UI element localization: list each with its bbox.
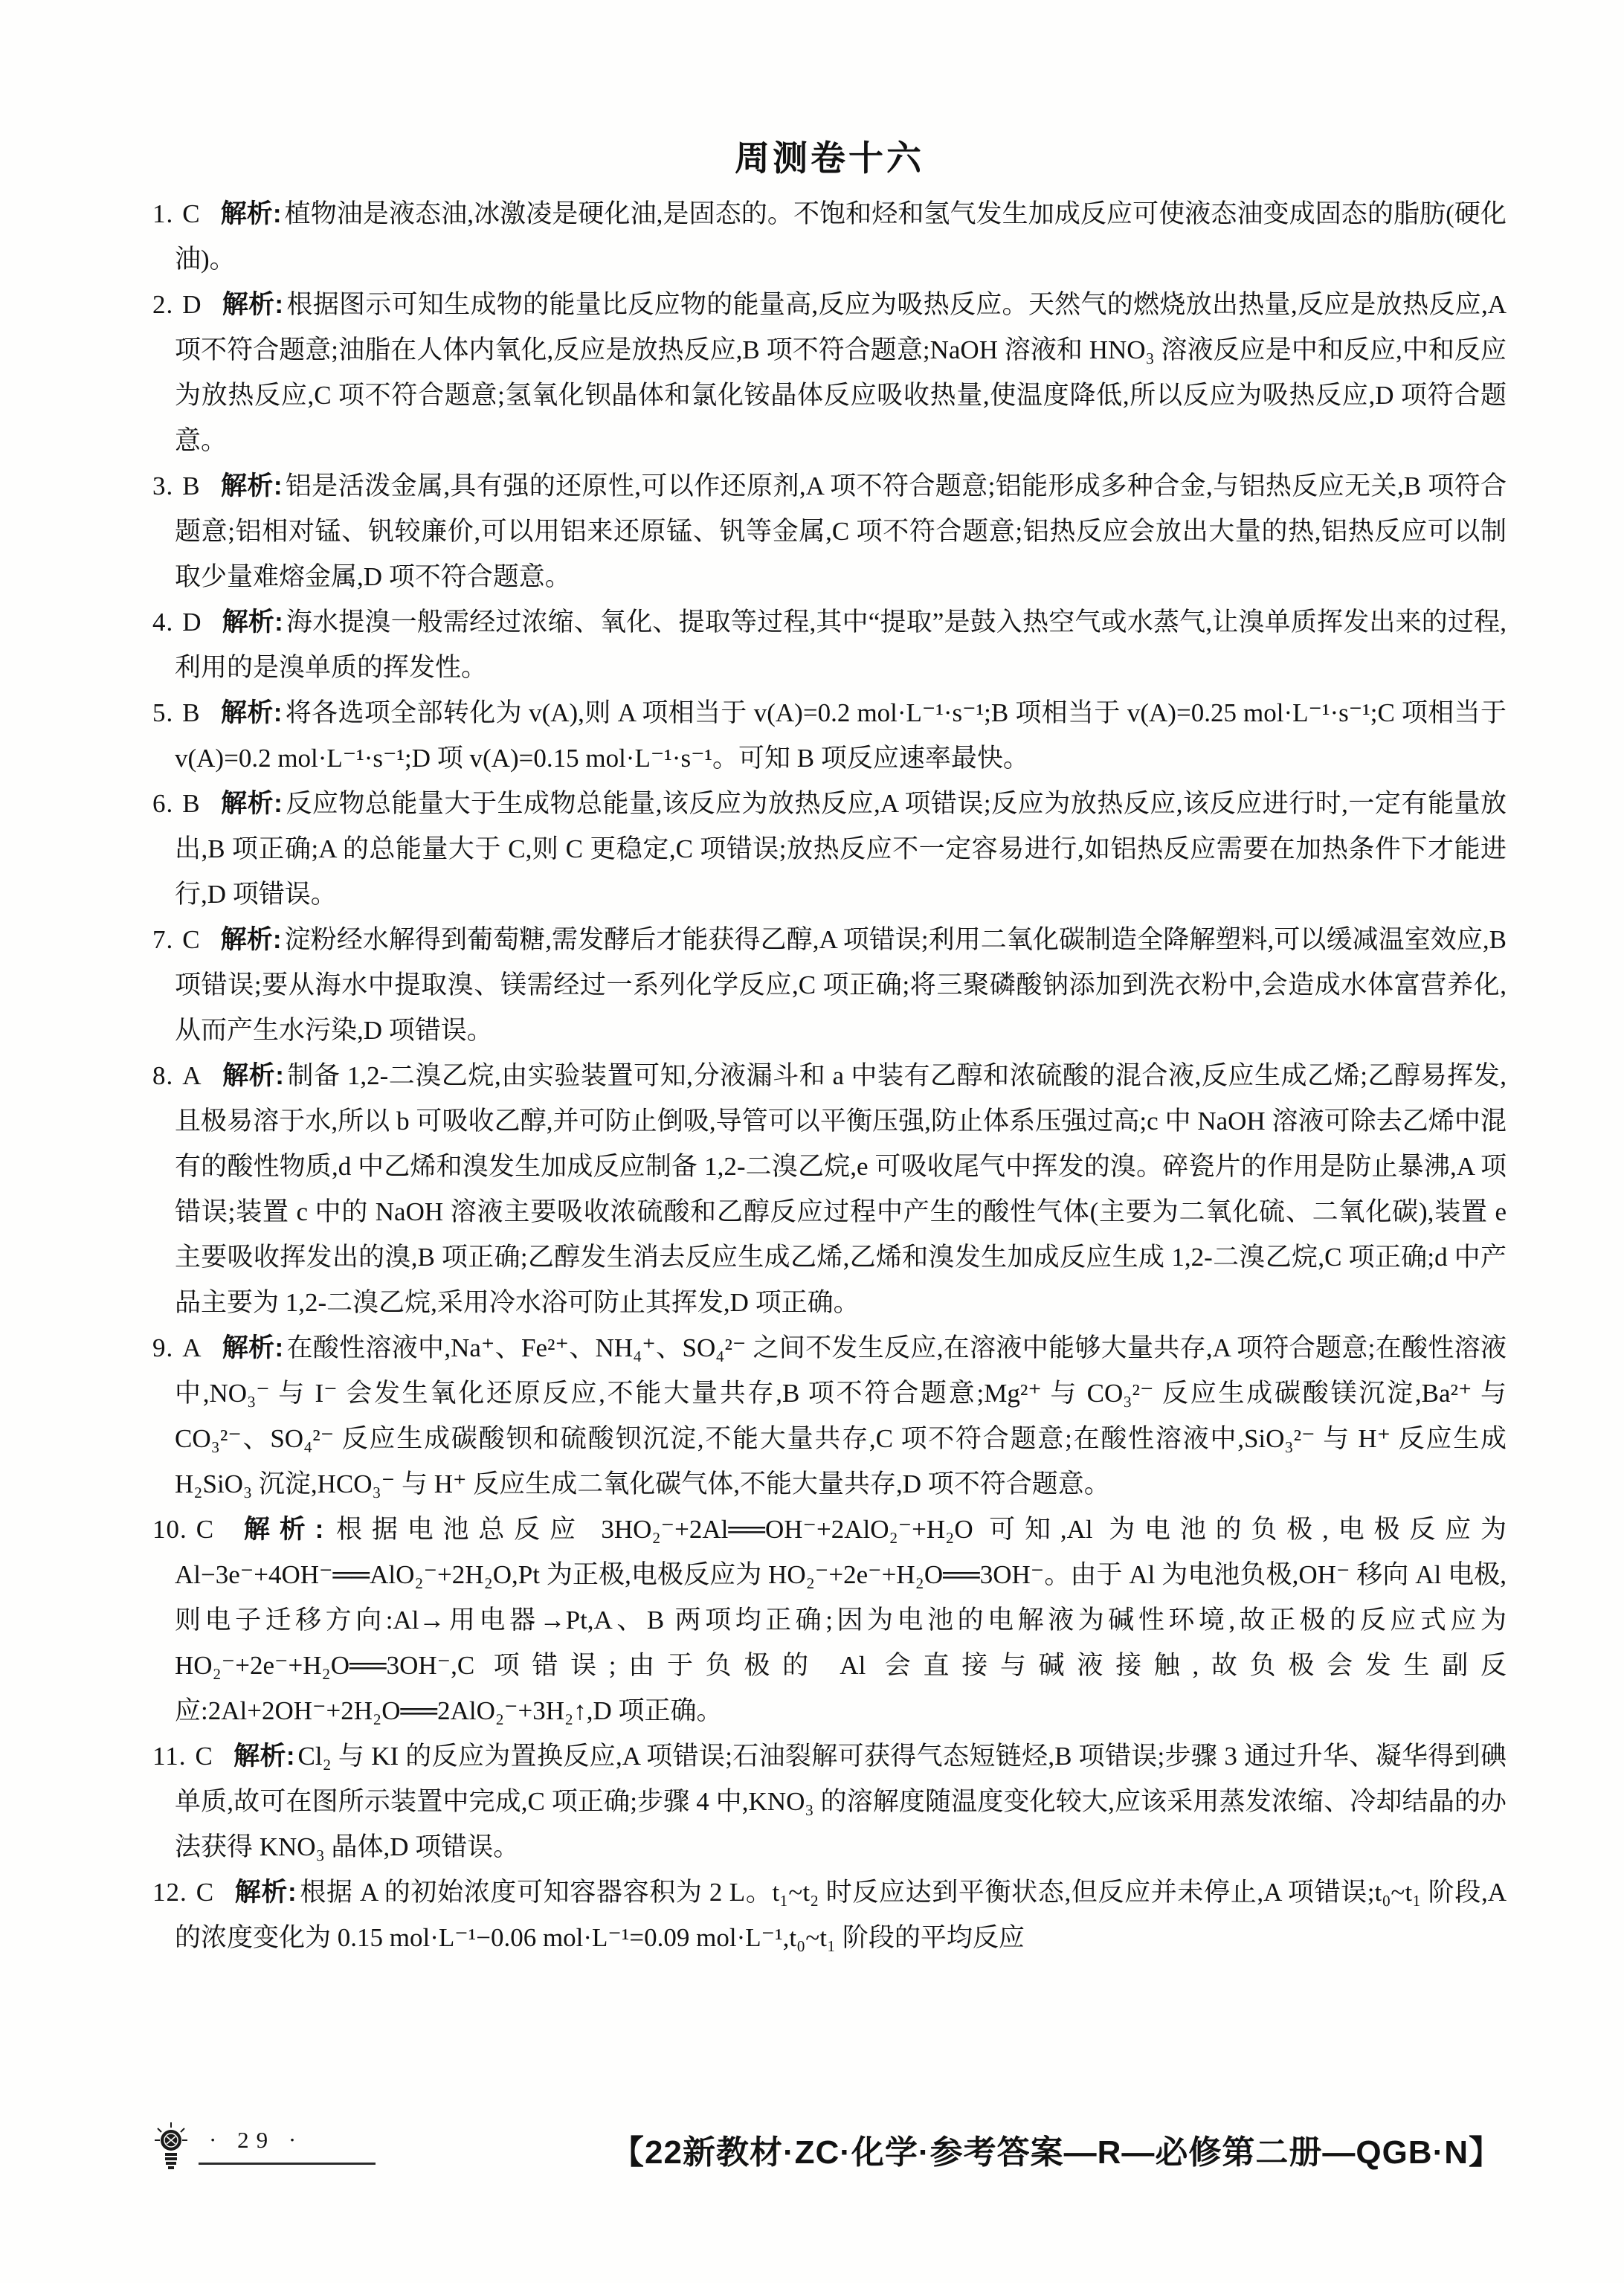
item-answer: B: [182, 789, 199, 818]
answer-item-8: 8.A解析:制备 1,2-二溴乙烷,由实验装置可知,分液漏斗和 a 中装有乙醇和…: [152, 1053, 1507, 1325]
explanation-text: 淀粉经水解得到葡萄糖,需发酵后才能获得乙醇,A 项错误;利用二氧化碳制造全降解塑…: [175, 925, 1507, 1045]
item-number: 8.: [152, 1061, 173, 1090]
answer-list: 1.C解析:植物油是液态油,冰激凌是硬化油,是固态的。不饱和烃和氢气发生加成反应…: [152, 191, 1507, 1960]
item-answer: D: [182, 290, 201, 319]
item-number: 11.: [152, 1742, 186, 1771]
explanation-text: 植物油是液态油,冰激凌是硬化油,是固态的。不饱和烃和氢气发生加成反应可使液态油变…: [175, 199, 1507, 274]
explanation-label: 解析:: [233, 1742, 295, 1771]
answer-item-6: 6.B解析:反应物总能量大于生成物总能量,该反应为放热反应,A 项错误;反应为放…: [152, 781, 1507, 917]
explanation-text: 铝是活泼金属,具有强的还原性,可以作还原剂,A 项不符合题意;铝能形成多种合金,…: [175, 471, 1507, 591]
explanation-label: 解析:: [234, 1515, 323, 1544]
item-number: 1.: [152, 199, 173, 228]
page-number-box: · 29 ·: [199, 2125, 376, 2165]
page-title: 周测卷十六: [152, 0, 1507, 181]
explanation-label: 解析:: [222, 608, 283, 637]
item-answer: C: [196, 1515, 213, 1544]
item-answer: C: [182, 199, 199, 228]
page-content: 周测卷十六 1.C解析:植物油是液态油,冰激凌是硬化油,是固态的。不饱和烃和氢气…: [0, 0, 1624, 1960]
explanation-label: 解析:: [222, 290, 284, 319]
answer-item-1: 1.C解析:植物油是液态油,冰激凌是硬化油,是固态的。不饱和烃和氢气发生加成反应…: [152, 191, 1507, 282]
explanation-text: 根据电池总反应 3HO₂⁻+2Al══OH⁻+2AlO₂⁻+H₂O 可知,Al …: [175, 1515, 1507, 1725]
footer-edition-title: 【22新教材·ZC·化学·参考答案—R—必修第二册—QGB·N】: [611, 2125, 1502, 2173]
explanation-label: 解析:: [222, 1061, 284, 1090]
explanation-label: 解析:: [222, 1333, 284, 1362]
item-number: 6.: [152, 789, 173, 818]
explanation-text: 在酸性溶液中,Na⁺、Fe²⁺、NH₄⁺、SO₄²⁻ 之间不发生反应,在溶液中能…: [175, 1333, 1507, 1498]
answer-item-4: 4.D解析:海水提溴一般需经过浓缩、氧化、提取等过程,其中“提取”是鼓入热空气或…: [152, 599, 1507, 690]
answer-key-page: 周测卷十六 1.C解析:植物油是液态油,冰激凌是硬化油,是固态的。不饱和烃和氢气…: [0, 0, 1624, 2283]
page-footer: · 29 · 【22新教材·ZC·化学·参考答案—R—必修第二册—QGB·N】: [152, 2125, 1507, 2174]
answer-item-5: 5.B解析:将各选项全部转化为 v(A),则 A 项相当于 v(A)=0.2 m…: [152, 690, 1507, 781]
page-number: · 29 ·: [199, 2125, 376, 2154]
explanation-text: 海水提溴一般需经过浓缩、氧化、提取等过程,其中“提取”是鼓入热空气或水蒸气,让溴…: [175, 608, 1507, 682]
item-answer: B: [182, 698, 199, 727]
item-number: 3.: [152, 471, 173, 500]
answer-item-9: 9.A解析:在酸性溶液中,Na⁺、Fe²⁺、NH₄⁺、SO₄²⁻ 之间不发生反应…: [152, 1325, 1507, 1507]
item-number: 5.: [152, 698, 173, 727]
item-number: 2.: [152, 290, 173, 319]
item-answer: B: [182, 471, 199, 500]
explanation-text: 根据 A 的初始浓度可知容器容积为 2 L。t₁~t₂ 时反应达到平衡状态,但反…: [175, 1878, 1507, 1952]
page-number-underline: [199, 2163, 376, 2165]
item-answer: A: [182, 1061, 201, 1090]
explanation-label: 解析:: [221, 199, 282, 228]
item-answer: C: [182, 925, 199, 954]
answer-item-12: 12.C解析:根据 A 的初始浓度可知容器容积为 2 L。t₁~t₂ 时反应达到…: [152, 1870, 1507, 1960]
explanation-text: Cl₂ 与 KI 的反应为置换反应,A 项错误;石油裂解可获得气态短链烃,B 项…: [175, 1742, 1507, 1861]
explanation-text: 将各选项全部转化为 v(A),则 A 项相当于 v(A)=0.2 mol·L⁻¹…: [175, 698, 1507, 773]
item-number: 9.: [152, 1333, 173, 1362]
answer-item-11: 11.C解析:Cl₂ 与 KI 的反应为置换反应,A 项错误;石油裂解可获得气态…: [152, 1733, 1507, 1870]
item-number: 10.: [152, 1515, 187, 1544]
answer-item-2: 2.D解析:根据图示可知生成物的能量比反应物的能量高,反应为吸热反应。天然气的燃…: [152, 282, 1507, 463]
explanation-label: 解析:: [221, 471, 283, 500]
explanation-text: 反应物总能量大于生成物总能量,该反应为放热反应,A 项错误;反应为放热反应,该反…: [175, 789, 1507, 909]
explanation-label: 解析:: [221, 925, 282, 954]
explanation-label: 解析:: [221, 698, 283, 727]
item-number: 12.: [152, 1878, 187, 1907]
lightbulb-icon: [152, 2121, 190, 2174]
footer-left: · 29 ·: [152, 2125, 376, 2174]
explanation-label: 解析:: [234, 1878, 297, 1907]
item-number: 4.: [152, 608, 173, 637]
item-number: 7.: [152, 925, 173, 954]
item-answer: C: [195, 1742, 212, 1771]
item-answer: C: [196, 1878, 213, 1907]
item-answer: D: [182, 608, 201, 637]
answer-item-3: 3.B解析:铝是活泼金属,具有强的还原性,可以作还原剂,A 项不符合题意;铝能形…: [152, 463, 1507, 599]
explanation-text: 根据图示可知生成物的能量比反应物的能量高,反应为吸热反应。天然气的燃烧放出热量,…: [175, 290, 1507, 455]
explanation-text: 制备 1,2-二溴乙烷,由实验装置可知,分液漏斗和 a 中装有乙醇和浓硫酸的混合…: [175, 1061, 1507, 1317]
item-answer: A: [182, 1333, 201, 1362]
answer-item-7: 7.C解析:淀粉经水解得到葡萄糖,需发酵后才能获得乙醇,A 项错误;利用二氧化碳…: [152, 917, 1507, 1053]
answer-item-10: 10.C解析:根据电池总反应 3HO₂⁻+2Al══OH⁻+2AlO₂⁻+H₂O…: [152, 1507, 1507, 1733]
explanation-label: 解析:: [221, 789, 283, 818]
